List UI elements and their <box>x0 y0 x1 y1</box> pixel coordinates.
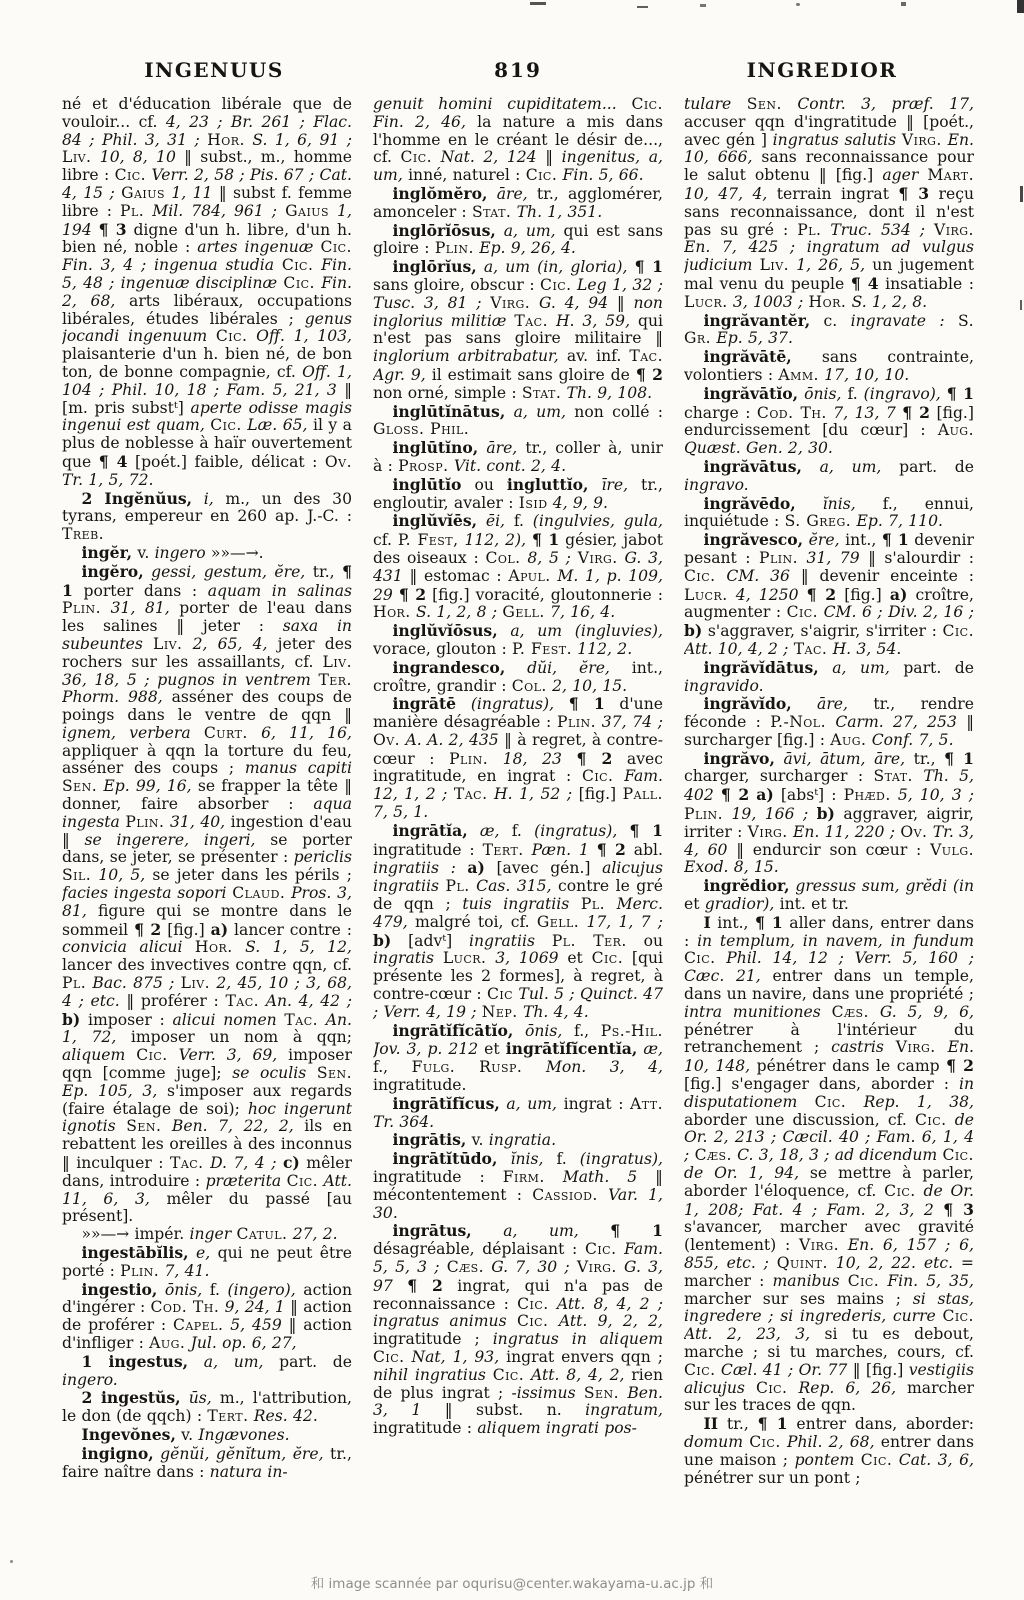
entry-paragraph: inglŏmĕro, āre, tr., agglomérer, amoncel… <box>373 185 663 222</box>
header-keyword-left: INGENUUS <box>62 58 366 82</box>
entry-paragraph: ingestābĭlis, e, qui ne peut être porté … <box>62 1244 352 1281</box>
entry-paragraph: ingrăvantĕr, c. ingravate : S. Gr. Ep. 5… <box>684 312 974 349</box>
scan-artifact <box>1020 300 1022 310</box>
page-number: 819 <box>366 58 670 82</box>
entry-paragraph: ingrăvesco, ĕre, int., ¶ 1 devenir pesan… <box>684 531 974 659</box>
column-center: genuit homini cupiditatem... Cic. Fin. 2… <box>373 96 663 1524</box>
dictionary-page: INGENUUS 819 INGREDIOR né et d'éducation… <box>0 0 1024 1600</box>
entry-paragraph: ingrăvēdo, ĭnis, f., ennui, inquiétude :… <box>684 495 974 532</box>
scan-artifact <box>901 2 906 6</box>
entry-paragraph: inglŭvĭēs, ēi, f. (ingulvies, gula, cf. … <box>373 512 663 622</box>
entry-paragraph: inglūtĭo ou ingluttĭo, īre, tr., englout… <box>373 476 663 513</box>
entry-paragraph: II tr., ¶ 1 entrer dans, aborder: domum … <box>684 1415 974 1487</box>
scan-artifact <box>700 4 706 7</box>
entry-paragraph: ingigno, gĕnŭi, gĕnĭtum, ĕre, tr., faire… <box>62 1445 352 1482</box>
running-head: INGENUUS 819 INGREDIOR <box>62 58 974 82</box>
entry-paragraph: tulare Sen. Contr. 3, præf. 17, accuser … <box>684 96 974 312</box>
entry-paragraph: ingrātĭtūdo, ĭnis, f. (ingratus), ingrat… <box>373 1150 663 1222</box>
entry-paragraph: ingrăvātus, a, um, part. de ingravo. <box>684 458 974 495</box>
entry-paragraph: ingrātĭfĭcātĭo, ōnis, f., Ps.-Hil. Jov. … <box>373 1022 663 1095</box>
entry-paragraph: ingrātus, a, um, ¶ 1 désagréable, déplai… <box>373 1222 663 1438</box>
entry-paragraph: genuit homini cupiditatem... Cic. Fin. 2… <box>373 96 663 185</box>
entry-paragraph: ingrātē (ingratus), ¶ 1 d'une manière dé… <box>373 695 663 822</box>
entry-paragraph: Ingevŏnes, v. Ingævones. <box>62 1426 352 1445</box>
entry-paragraph: inglūtĭnātus, a, um, non collé : Gloss. … <box>373 403 663 440</box>
entry-paragraph: inglŭvĭōsus, a, um (ingluvies), vorace, … <box>373 622 663 659</box>
entry-paragraph: 2 ingestŭs, ūs, m., l'attribution, le do… <box>62 1389 352 1426</box>
scan-artifact <box>1020 186 1023 202</box>
scan-artifact <box>1017 0 1024 13</box>
entry-paragraph: »»—→ impér. inger Catul. 27, 2. <box>62 1226 352 1244</box>
entry-paragraph: 1 ingestus, a, um, part. de ingero. <box>62 1353 352 1390</box>
entry-paragraph: ingrĕdior, gressus sum, grĕdi (in et gra… <box>684 877 974 914</box>
entry-paragraph: inglōrĭus, a, um (in, gloria), ¶ 1 sans … <box>373 258 663 402</box>
entry-paragraph: inglōrĭōsus, a, um, qui est sans gloire … <box>373 222 663 259</box>
entry-paragraph: ingrātĭa, æ, f. (ingratus), ¶ 1 ingratit… <box>373 822 663 1022</box>
scan-artifact <box>10 1560 13 1563</box>
entry-paragraph: I int., ¶ 1 aller dans, entrer dans : in… <box>684 914 974 1415</box>
header-keyword-right: INGREDIOR <box>670 58 974 82</box>
scan-artifact <box>637 6 648 8</box>
entry-paragraph: inglūtĭno, āre, tr., coller à, unir à : … <box>373 439 663 476</box>
scan-artifact <box>796 3 800 6</box>
entry-paragraph: ingrăvātē, sans contrainte, volontiers :… <box>684 348 974 385</box>
entry-paragraph: ingrăvĭdātus, a, um, part. de ingravido. <box>684 659 974 696</box>
entry-paragraph: ingrăvātĭo, ōnis, f. (ingravo), ¶ 1 char… <box>684 385 974 458</box>
entry-paragraph: né et d'éducation libérale que de vouloi… <box>62 96 352 490</box>
entry-paragraph: ingrandesco, dŭi, ĕre, int., croître, gr… <box>373 659 663 696</box>
column-left: né et d'éducation libérale que de vouloi… <box>62 96 352 1524</box>
entry-paragraph: 2 Ingĕnŭus, i, m., un des 30 tyrans, emp… <box>62 490 352 544</box>
entry-paragraph: ingestio, ōnis, f. (ingero), action d'in… <box>62 1281 352 1353</box>
scan-credit: 和 image scannée par oqurisu@center.wakay… <box>0 1572 1024 1592</box>
entry-paragraph: ingrăvĭdo, āre, tr., rendre féconde : P.… <box>684 695 974 749</box>
entry-paragraph: ingĕr, v. ingero »»—→. <box>62 544 352 563</box>
entry-paragraph: ingrăvo, āvi, ātum, āre, tr., ¶ 1 charge… <box>684 750 974 878</box>
entry-paragraph: ingĕro, gessi, gestum, ĕre, tr., ¶ 1 por… <box>62 563 352 1226</box>
entry-paragraph: ingrātĭfĭcus, a, um, ingrat : Att. Tr. 3… <box>373 1095 663 1132</box>
text-columns: né et d'éducation libérale que de vouloi… <box>62 96 974 1524</box>
column-right: tulare Sen. Contr. 3, præf. 17, accuser … <box>684 96 974 1524</box>
scan-artifact <box>530 2 546 5</box>
entry-paragraph: ingrātis, v. ingratia. <box>373 1131 663 1150</box>
